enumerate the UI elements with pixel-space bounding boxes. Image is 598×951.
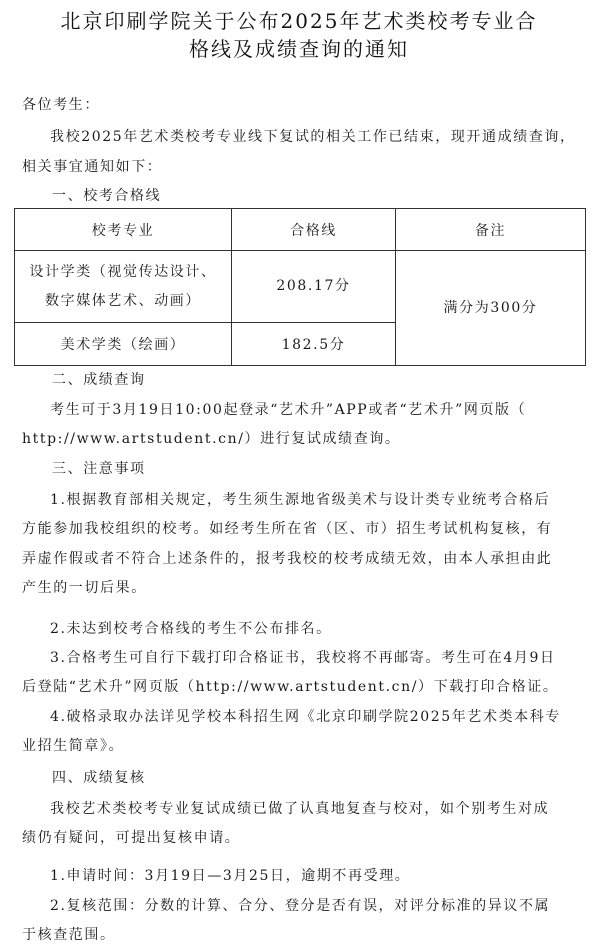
review-item-1: 1.申请时间：3月19日—3月25日，逾期不再受理。 (50, 866, 598, 886)
score-cell: 182.5分 (232, 323, 396, 366)
review-item-2-line-2: 于核查范围。 (22, 925, 582, 945)
section-2-line-1: 考生可于3月19日10:00起登录“艺术升”APP或者“艺术升”网页版（ (50, 400, 598, 420)
header-major: 校考专业 (15, 209, 232, 251)
notice-item-1-line-3: 弄虚作假或者不符合上述条件的，报考我校的校考成绩无效，由本人承担由此 (22, 549, 582, 569)
section-2-heading: 二、成绩查询 (52, 370, 598, 390)
major-line-2: 数字媒体艺术、动画） (15, 287, 231, 316)
section-1-heading: 一、校考合格线 (52, 186, 598, 206)
notice-item-1-line-2: 方能参加我校组织的校考。如经考生所在省（区、市）招生考试机构复核，有 (22, 519, 582, 539)
major-cell: 设计学类（视觉传达设计、 数字媒体艺术、动画） (15, 251, 232, 323)
notice-item-3-line-2: 后登陆“艺术升”网页版（http://www.artstudent.cn/）下载… (22, 677, 582, 697)
notice-item-1-line-4: 产生的一切后果。 (22, 578, 582, 598)
greeting: 各位考生： (22, 95, 582, 115)
notice-item-4-line-1: 4.破格录取办法详见学校本科招生网《北京印刷学院2025年艺术类本科专 (50, 707, 598, 727)
section-4-heading: 四、成绩复核 (52, 768, 598, 788)
section-4-intro-line-1: 我校艺术类校考专业复试成绩已做了认真地复查与校对，如个别考生对成 (50, 799, 598, 819)
document-title-line-2: 格线及成绩查询的通知 (0, 36, 598, 62)
document-title-line-1: 北京印刷学院关于公布2025年艺术类校考专业合 (0, 8, 598, 34)
section-2-line-2: http://www.artstudent.cn/）进行复试成绩查询。 (22, 429, 582, 449)
table-header-row: 校考专业 合格线 备注 (15, 209, 586, 251)
review-item-2-line-1: 2.复核范围：分数的计算、合分、登分是否有误，对评分标准的异议不属 (50, 896, 598, 916)
notice-item-4-line-2: 业招生简章》。 (22, 736, 582, 756)
intro-line-1: 我校2025年艺术类校考专业线下复试的相关工作已结束，现开通成绩查询， (50, 127, 598, 147)
pass-line-table: 校考专业 合格线 备注 设计学类（视觉传达设计、 数字媒体艺术、动画） 208.… (14, 208, 586, 366)
section-3-heading: 三、注意事项 (52, 459, 598, 479)
note-cell: 满分为300分 (396, 251, 586, 366)
notice-item-3-line-1: 3.合格考生可自行下载打印合格证书，我校将不再邮寄。考生可在4月9日 (50, 648, 598, 668)
section-4-intro-line-2: 绩仍有疑问，可提出复核申请。 (22, 828, 582, 848)
notice-item-1-line-1: 1.根据教育部相关规定，考生须生源地省级美术与设计类专业统考合格后 (50, 490, 598, 510)
header-pass-line: 合格线 (232, 209, 396, 251)
major-cell: 美术学类（绘画） (15, 323, 232, 366)
major-line-1: 设计学类（视觉传达设计、 (15, 258, 231, 287)
header-note: 备注 (396, 209, 586, 251)
table-row: 设计学类（视觉传达设计、 数字媒体艺术、动画） 208.17分 满分为300分 (15, 251, 586, 323)
intro-line-2: 相关事宜通知如下： (22, 157, 582, 177)
notice-item-2: 2.未达到校考合格线的考生不公布排名。 (50, 619, 598, 639)
score-cell: 208.17分 (232, 251, 396, 323)
